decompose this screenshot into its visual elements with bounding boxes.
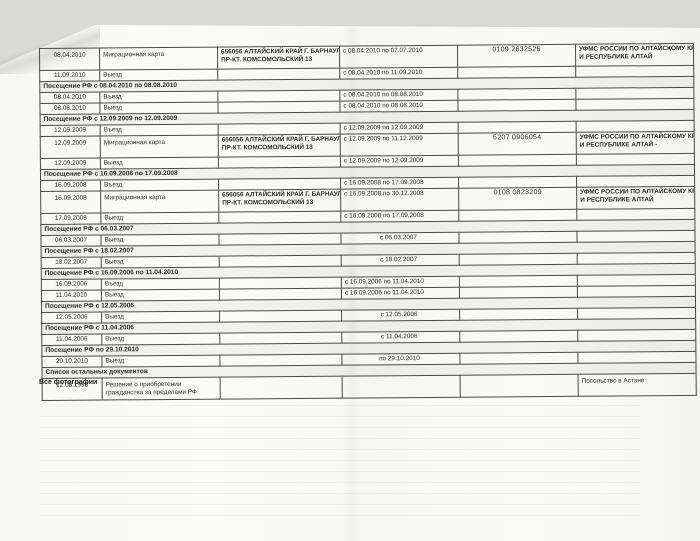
date-cell: 08.08.2010 [40, 103, 100, 114]
document-number-cell [460, 308, 578, 320]
issuer-line: УФМС РОССИИ ПО АЛТАЙСКОМУ КРАЮ [580, 133, 691, 141]
date-cell: 16.09.2008 [41, 191, 101, 213]
document-number-cell: 0109 2632526 [457, 44, 575, 67]
period-cell: с 12.05.2006 [342, 309, 460, 321]
address-line: ПР-КТ. КОМСОМОЛЬСКИЙ 13 [221, 55, 336, 63]
address-cell: 656056 АЛТАЙСКИЙ КРАЙ Г. БАРНАУЛПР-КТ. К… [218, 134, 340, 157]
document-type-cell: Выезд [101, 212, 219, 224]
date-cell: 11.04.2010 [41, 290, 101, 301]
period-cell: с 16.09.2008 по 30.12.2008 [341, 188, 459, 211]
date-cell: 12.05.2006 [42, 312, 102, 323]
date-cell: 12.09.2009 [40, 158, 100, 169]
issuer-cell: УФМС РОССИИ ПО АЛТАЙСКОМУ КРАЮИ РЕСПУБЛИ… [575, 43, 693, 66]
document-type-cell: Выезд [101, 256, 219, 268]
address-cell: 656056 АЛТАЙСКИЙ КРАЙ Г. БАРНАУЛПР-КТ. К… [219, 189, 341, 212]
issuer-cell [576, 153, 694, 165]
document-number-cell [459, 209, 577, 221]
period-cell: с 16.09.2006 по 11.04.2010 [341, 287, 459, 299]
document-type-cell: Решение о приобретении гражданства за пр… [102, 377, 220, 400]
period-cell: по 29.10.2010 [342, 353, 460, 365]
document-number-cell [460, 352, 578, 364]
document-type-cell: Выезд [101, 234, 219, 246]
document-type-cell: Миграционная карта [100, 135, 218, 158]
date-cell: 29.10.2010 [42, 356, 102, 367]
document-number-cell [458, 121, 576, 133]
period-cell: с 11.04.2006 [342, 331, 460, 343]
issuer-line: И РЕСПУБЛИКЕ АЛТАЙ [579, 52, 690, 60]
document-type-cell: Въезд [100, 124, 218, 136]
date-cell: 06.03.2007 [41, 235, 101, 246]
date-cell: 18.02.2007 [41, 257, 101, 268]
document-type-cell: Миграционная карта [100, 47, 218, 70]
document-type-cell: Выезд [102, 311, 220, 323]
document-type-cell: Въезд [100, 91, 218, 103]
issuer-cell: УФМС РОССИИ ПО АЛТАЙСКОМУ КРАЮИ РЕСПУБЛИ… [576, 131, 694, 154]
issuer-line: И РЕСПУБЛИКЕ АЛТАЙ [580, 195, 691, 203]
issuer-cell: Посольство в Астане [578, 373, 696, 396]
issuer-cell: УФМС РОССИИ ПО АЛТАЙСКОМУ КРАЮИ РЕСПУБЛИ… [577, 186, 695, 209]
issuer-line: Посольство в Астане [582, 375, 693, 385]
address-line: 656056 АЛТАЙСКИЙ КРАЙ Г. БАРНАУЛ [221, 48, 336, 56]
date-cell: 11.04.2006 [42, 334, 102, 345]
issuer-cell [577, 175, 695, 187]
date-cell: 08.04.2010 [40, 48, 100, 70]
date-cell: 16.09.2006 [41, 279, 101, 290]
period-cell [342, 375, 460, 398]
issuer-line: И РЕСПУБЛИКЕ АЛТАЙ - [580, 140, 691, 148]
document-number-cell [459, 176, 577, 188]
date-cell: 12.09.2009 [40, 136, 100, 158]
document-number-cell [459, 286, 577, 298]
date-cell: 12.09.2009 [40, 125, 100, 136]
issuer-cell [576, 87, 694, 99]
address-line: ПР-КТ. КОМСОМОЛЬСКИЙ 13 [222, 143, 337, 151]
issuer-line: УФМС РОССИИ ПО АЛТАЙСКОМУ КРАЮ [579, 45, 690, 53]
travel-history-table: 08.04.2010Миграционная карта656056 АЛТАЙ… [39, 43, 697, 401]
address-line: 656056 АЛТАЙСКИЙ КРАЙ Г. БАРНАУЛ [222, 191, 337, 199]
document-type-cell: Выезд [100, 102, 218, 114]
date-cell: 11.09.2010 [40, 70, 100, 81]
document-number-cell: 5207 0906054 [458, 132, 576, 155]
document-type-cell: Выезд [102, 333, 220, 345]
document-number-cell [460, 330, 578, 342]
issuer-line: УФМС РОССИИ ПО АЛТАЙСКОМУ КРАЮ [580, 188, 691, 196]
issuer-cell [576, 65, 694, 77]
document-type-cell: Выезд [100, 157, 218, 169]
document-type-cell: Выезд [102, 355, 220, 367]
address-cell: 656056 АЛТАЙСКИЙ КРАЙ Г. БАРНАУЛПР-КТ. К… [217, 46, 339, 69]
document-number-cell: 0108 0823209 [459, 187, 577, 210]
address-line: ПР-КТ. КОМСОМОЛЬСКИЙ 13 [222, 198, 337, 206]
address-line: 656056 АЛТАЙСКИЙ КРАЙ Г. БАРНАУЛ [222, 136, 337, 144]
issuer-cell [577, 208, 695, 220]
document-number-cell [459, 231, 577, 243]
document-number-cell [458, 154, 576, 166]
address-cell [220, 376, 342, 399]
document-type-cell: Выезд [101, 289, 219, 301]
date-cell: 17.09.2008 [41, 213, 101, 224]
issuer-cell [576, 120, 694, 132]
period-cell: с 08.04.2010 по 07.07.2010 [339, 45, 457, 68]
document-number-cell [460, 374, 578, 397]
document-type-cell: Въезд [101, 278, 219, 290]
table-row: 12.08.1998Решение о приобретении граждан… [42, 373, 696, 400]
document-number-cell [459, 253, 577, 265]
date-cell: 16.09.2008 [41, 180, 101, 191]
period-cell: с 16.09.2006 по 11.04.2010 [341, 276, 459, 288]
all-photos-heading: Все фотографии [39, 379, 97, 386]
issuer-cell [577, 230, 695, 242]
document-number-cell [459, 275, 577, 287]
issuer-cell [576, 98, 694, 110]
document-type-cell: Миграционная карта [101, 190, 219, 213]
period-cell: с 12.09.2009 по 11.12.2009 [340, 133, 458, 156]
date-cell: 08.04.2010 [40, 92, 100, 103]
document-type-cell: Въезд [101, 179, 219, 191]
